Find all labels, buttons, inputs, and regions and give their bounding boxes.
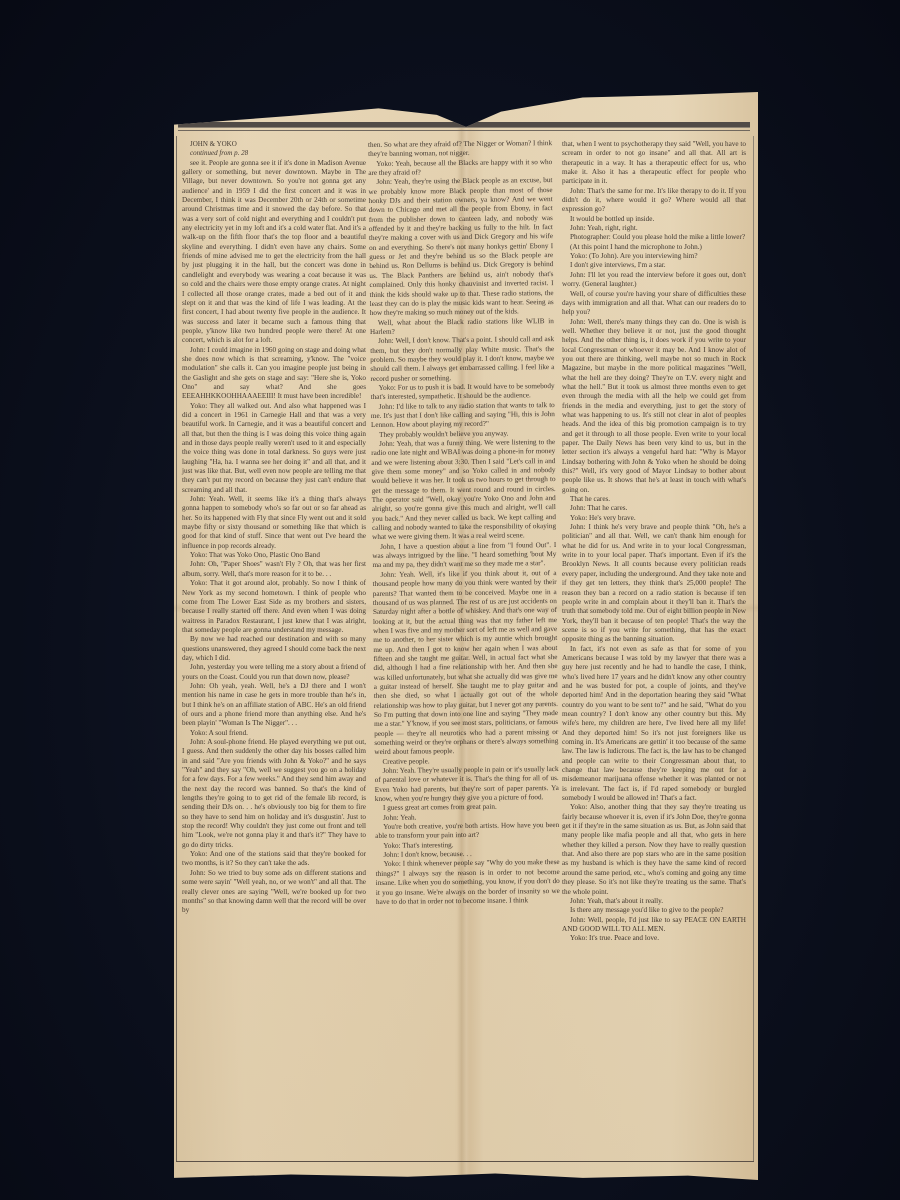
paragraph: John: Oh yeah, yeah. Well, he's a DJ the…	[182, 682, 366, 729]
paragraph: John: I'll let you read the interview be…	[562, 271, 746, 290]
column-3: that, when I went to psychotherapy they …	[562, 140, 746, 944]
header-rule-thin	[178, 130, 750, 131]
column-1: JOHN & YOKO continued from p. 28 see it.…	[182, 140, 366, 916]
newspaper-page: ROCK/Page 16 JOHN & YOKO continued from …	[174, 92, 758, 1180]
paragraph: then. So what are they afraid of? The Ni…	[368, 139, 552, 160]
paragraph: Yoko: Yeah, because all the Blacks are h…	[368, 158, 552, 179]
paragraph: John: Yeah, that was a funny thing. We w…	[371, 438, 556, 543]
paragraph: Photographer: Could you please hold the …	[562, 233, 746, 242]
column-body: that, when I went to psychotherapy they …	[562, 140, 746, 944]
paragraph: John: I think he's very brave and people…	[562, 523, 746, 644]
paragraph: John: Yeah. They're usually people in pa…	[375, 765, 559, 804]
paragraph: That he cares.	[562, 495, 746, 504]
paragraph: John: Yeah, they're using the Black peop…	[368, 176, 553, 318]
paragraph: Yoko: Also, another thing that they say …	[562, 803, 746, 896]
paragraph: John: Yeah, that's about it really.	[562, 897, 746, 906]
column-body: then. So what are they afraid of? The Ni…	[368, 139, 560, 907]
paragraph: John: Yeah. Well, it seems like it's a t…	[182, 495, 366, 551]
paragraph: Yoko: It's true. Peace and love.	[562, 934, 746, 943]
paragraph: see it. People are gonna see it if it's …	[182, 159, 366, 346]
paragraph: John: Yeah. Well, it's like if you think…	[372, 569, 558, 758]
paragraph: In fact, it's not even as safe as that f…	[562, 645, 746, 804]
paragraph: Well, of course you're having your share…	[562, 290, 746, 318]
paragraph: John: That he cares.	[562, 504, 746, 513]
paragraph: Yoko: For us to push it is bad. It would…	[371, 382, 555, 403]
paragraph: John: I could imagine in 1960 going on s…	[182, 346, 366, 402]
paragraph: It would be bottled up inside.	[562, 215, 746, 224]
paragraph: John: That's the same for me. It's like …	[562, 187, 746, 215]
paragraph: John: Well, people, I'd just like to say…	[562, 916, 746, 935]
paragraph: Yoko: That was Yoko Ono, Plastic Ono Ban…	[182, 551, 366, 560]
paragraph: Yoko: That it got around alot, probably.…	[182, 579, 366, 635]
bottom-rule	[176, 1161, 754, 1162]
paragraph: John, I have a question about a line fro…	[372, 541, 556, 571]
paragraph: I don't give interviews, I'm a star.	[562, 261, 746, 270]
paragraph: John: Well, I don't know. That's a point…	[370, 335, 554, 384]
page-header: ROCK/Page 16	[178, 110, 237, 120]
paragraph: John: So we tried to buy some ads on dif…	[182, 869, 366, 916]
paragraph: John: Oh, "Paper Shoes" wasn't Fly ? Oh,…	[182, 560, 366, 579]
paragraph: Yoko: He's very brave.	[562, 514, 746, 523]
paragraph: Yoko: And one of the stations said that …	[182, 850, 366, 869]
paragraph: You're both creative, you're both artist…	[375, 821, 559, 842]
paragraph: that, when I went to psychotherapy they …	[562, 140, 746, 187]
header-rule	[178, 122, 750, 128]
paragraph: Yoko: They all walked out. And also what…	[182, 402, 366, 495]
paragraph: John: I'd like to talk to any radio stat…	[371, 401, 555, 431]
paragraph: Well, what about the Black radio station…	[370, 317, 554, 338]
paragraph: By now we had reached our destination an…	[182, 635, 366, 663]
column-2: then. So what are they afraid of? The Ni…	[368, 139, 560, 907]
paragraph: John: Yeah, right, right.	[562, 224, 746, 233]
column-body: see it. People are gonna see it if it's …	[182, 159, 366, 916]
paragraph: Yoko: I think whenever people say "Why d…	[376, 858, 560, 907]
paragraph: (At this point I hand the microphone to …	[562, 243, 746, 252]
continued-from: continued from p. 28	[182, 149, 366, 158]
paragraph: Yoko: (To John). Are you interviewing hi…	[562, 252, 746, 261]
article-kicker: JOHN & YOKO	[182, 140, 366, 149]
paragraph: Is there any message you'd like to give …	[562, 906, 746, 915]
paragraph: John: A soul-phone friend. He played eve…	[182, 738, 366, 850]
paragraph: John, yesterday you were telling me a st…	[182, 663, 366, 682]
paragraph: Yoko: A soul friend.	[182, 729, 366, 738]
paragraph: John: Well, there's many things they can…	[562, 318, 746, 496]
